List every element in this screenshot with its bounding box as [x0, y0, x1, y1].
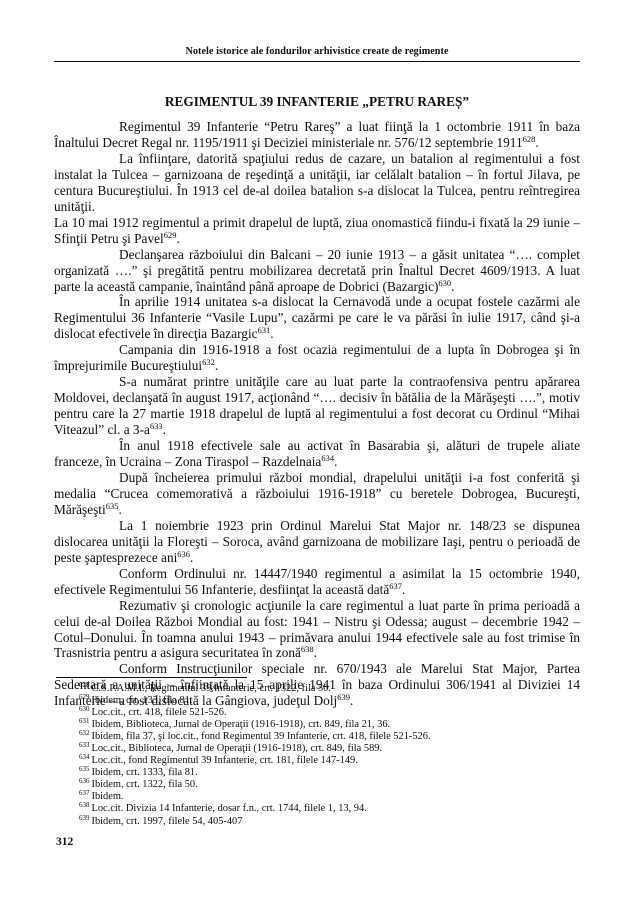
paragraph-text: La înfiinţare, datorită spaţiului redus …: [54, 151, 580, 214]
footnote-number: 630: [79, 705, 90, 713]
footnote-number: 635: [79, 765, 90, 773]
section-title: REGIMENTUL 39 INFANTERIE „PETRU RAREȘ”: [54, 94, 580, 110]
paragraph: După încheierea primului război mondial,…: [54, 470, 580, 518]
paragraph: La înfiinţare, datorită spaţiului redus …: [54, 151, 580, 215]
footnote-text: Ibidem, crt. 1322, fila 50.: [92, 779, 198, 790]
paragraph: Rezumativ şi cronologic acţiunile la car…: [54, 598, 580, 662]
paragraph-tail: .: [190, 550, 193, 565]
paragraph: S-a numărat printre unităţile care au lu…: [54, 374, 580, 438]
paragraph-text: În aprilie 1914 unitatea s-a dislocat la…: [54, 294, 580, 341]
footnote-text: Ibidem, crt. 1333, fila 81.: [92, 767, 198, 778]
footnote: 638Loc.cit. Divizia 14 Infanterie, dosar…: [79, 803, 579, 815]
paragraph-tail: .: [270, 326, 273, 341]
footnote: 628C.S.P.A.M.I., Regimentul 39 Infanteri…: [79, 683, 579, 695]
footnote-text: Loc.cit., crt. 418, filele 521-526.: [92, 707, 227, 718]
footnote-ref[interactable]: 631: [258, 325, 271, 335]
footnote-number: 638: [79, 801, 90, 809]
footnote-ref[interactable]: 638: [301, 644, 314, 654]
footnote: 637Ibidem.: [79, 791, 579, 803]
footnote-text: Ibidem, crt. 133, fila 81.: [92, 695, 193, 706]
footnote-text: Ibidem, fila 37, şi loc.cit., fond Regim…: [92, 731, 431, 742]
paragraph-tail: .: [334, 454, 337, 469]
paragraph-tail: .: [215, 358, 218, 373]
paragraph: Conform Ordinului nr. 14447/1940 regimen…: [54, 566, 580, 598]
footnote: 629Ibidem, crt. 133, fila 81.: [79, 695, 579, 707]
footnote: 636Ibidem, crt. 1322, fila 50.: [79, 779, 579, 791]
footnote-number: 639: [79, 814, 90, 822]
footnote-ref[interactable]: 636: [177, 549, 190, 559]
paragraph-text: Conform Ordinului nr. 14447/1940 regimen…: [54, 566, 580, 597]
footnote-number: 633: [79, 741, 90, 749]
paragraph-text: La 10 mai 1912 regimentul a primit drape…: [54, 215, 580, 246]
footnote: 631Ibidem, Biblioteca, Jurnal de Operaţi…: [79, 719, 579, 731]
body-text: Regimentul 39 Infanterie “Petru Rareş” a…: [54, 119, 580, 709]
paragraph-text: Declanşarea războiului din Balcani – 20 …: [54, 247, 580, 294]
page-number: 312: [56, 836, 73, 848]
footnote-ref[interactable]: 635: [106, 501, 119, 511]
footnote-ref[interactable]: 634: [321, 453, 334, 463]
footnote-ref[interactable]: 637: [389, 581, 402, 591]
footnote: 633Loc.cit., Biblioteca, Jurnal de Opera…: [79, 743, 579, 755]
footnote-text: Ibidem, crt. 1997, filele 54, 405-407: [92, 816, 243, 827]
footnote-number: 629: [79, 693, 90, 701]
footnotes: 628C.S.P.A.M.I., Regimentul 39 Infanteri…: [79, 683, 579, 828]
footnote-ref[interactable]: 632: [202, 357, 215, 367]
paragraph: Declanşarea războiului din Balcani – 20 …: [54, 247, 580, 295]
paragraph-tail: .: [451, 279, 454, 294]
footnote-text: Ibidem, Biblioteca, Jurnal de Operaţii (…: [92, 719, 391, 730]
paragraph: Campania din 1916-1918 a fost ocazia reg…: [54, 342, 580, 374]
footnote-number: 631: [79, 717, 90, 725]
footnote-text: Loc.cit. Divizia 14 Infanterie, dosar f.…: [92, 803, 367, 814]
footnote-separator: [56, 677, 247, 678]
footnote: 635Ibidem, crt. 1333, fila 81.: [79, 767, 579, 779]
paragraph-text: Regimentul 39 Infanterie “Petru Rareş” a…: [54, 119, 580, 150]
paragraph-text: Rezumativ şi cronologic acţiunile la car…: [54, 598, 580, 661]
paragraph-tail: .: [402, 582, 405, 597]
footnote-ref[interactable]: 629: [164, 230, 177, 240]
footnote-number: 637: [79, 789, 90, 797]
paragraph-text: La 1 noiembrie 1923 prin Ordinul Marelui…: [54, 518, 580, 565]
paragraph-text: În anul 1918 efectivele sale au activat …: [54, 438, 580, 469]
footnote-number: 628: [79, 681, 90, 689]
header-rule: [54, 61, 580, 62]
footnote: 639Ibidem, crt. 1997, filele 54, 405-407: [79, 816, 579, 828]
footnote-text: Ibidem.: [92, 791, 124, 802]
paragraph: În anul 1918 efectivele sale au activat …: [54, 438, 580, 470]
footnote-text: Loc.cit., Biblioteca, Jurnal de Operaţii…: [92, 743, 383, 754]
footnote: 634Loc.cit., fond Regimentul 39 Infanter…: [79, 755, 579, 767]
footnote-text: Loc.cit., fond Regimentul 39 Infanterie,…: [92, 755, 358, 766]
paragraph: Regimentul 39 Infanterie “Petru Rareş” a…: [54, 119, 580, 151]
footnote-ref[interactable]: 633: [150, 421, 163, 431]
paragraph-text: S-a numărat printre unităţile care au lu…: [54, 374, 580, 437]
footnote: 630Loc.cit., crt. 418, filele 521-526.: [79, 707, 579, 719]
footnote-number: 636: [79, 777, 90, 785]
running-header: Notele istorice ale fondurilor arhivisti…: [54, 46, 580, 57]
paragraph-tail: .: [118, 502, 121, 517]
footnote: 632Ibidem, fila 37, şi loc.cit., fond Re…: [79, 731, 579, 743]
footnote-number: 632: [79, 729, 90, 737]
paragraph: În aprilie 1914 unitatea s-a dislocat la…: [54, 294, 580, 342]
footnote-ref[interactable]: 628: [523, 134, 536, 144]
document-page: Notele istorice ale fondurilor arhivisti…: [0, 0, 638, 901]
paragraph-tail: .: [314, 645, 317, 660]
paragraph: La 10 mai 1912 regimentul a primit drape…: [54, 215, 580, 247]
footnote-text: C.S.P.A.M.I., Regimentul 39 Infanterie, …: [92, 683, 332, 694]
footnote-ref[interactable]: 630: [438, 278, 451, 288]
paragraph-tail: .: [176, 231, 179, 246]
paragraph-text: Campania din 1916-1918 a fost ocazia reg…: [54, 342, 580, 373]
paragraph-tail: .: [535, 135, 538, 150]
paragraph-text: După încheierea primului război mondial,…: [54, 470, 580, 517]
footnote-number: 634: [79, 753, 90, 761]
paragraph: La 1 noiembrie 1923 prin Ordinul Marelui…: [54, 518, 580, 566]
paragraph-tail: .: [163, 422, 166, 437]
